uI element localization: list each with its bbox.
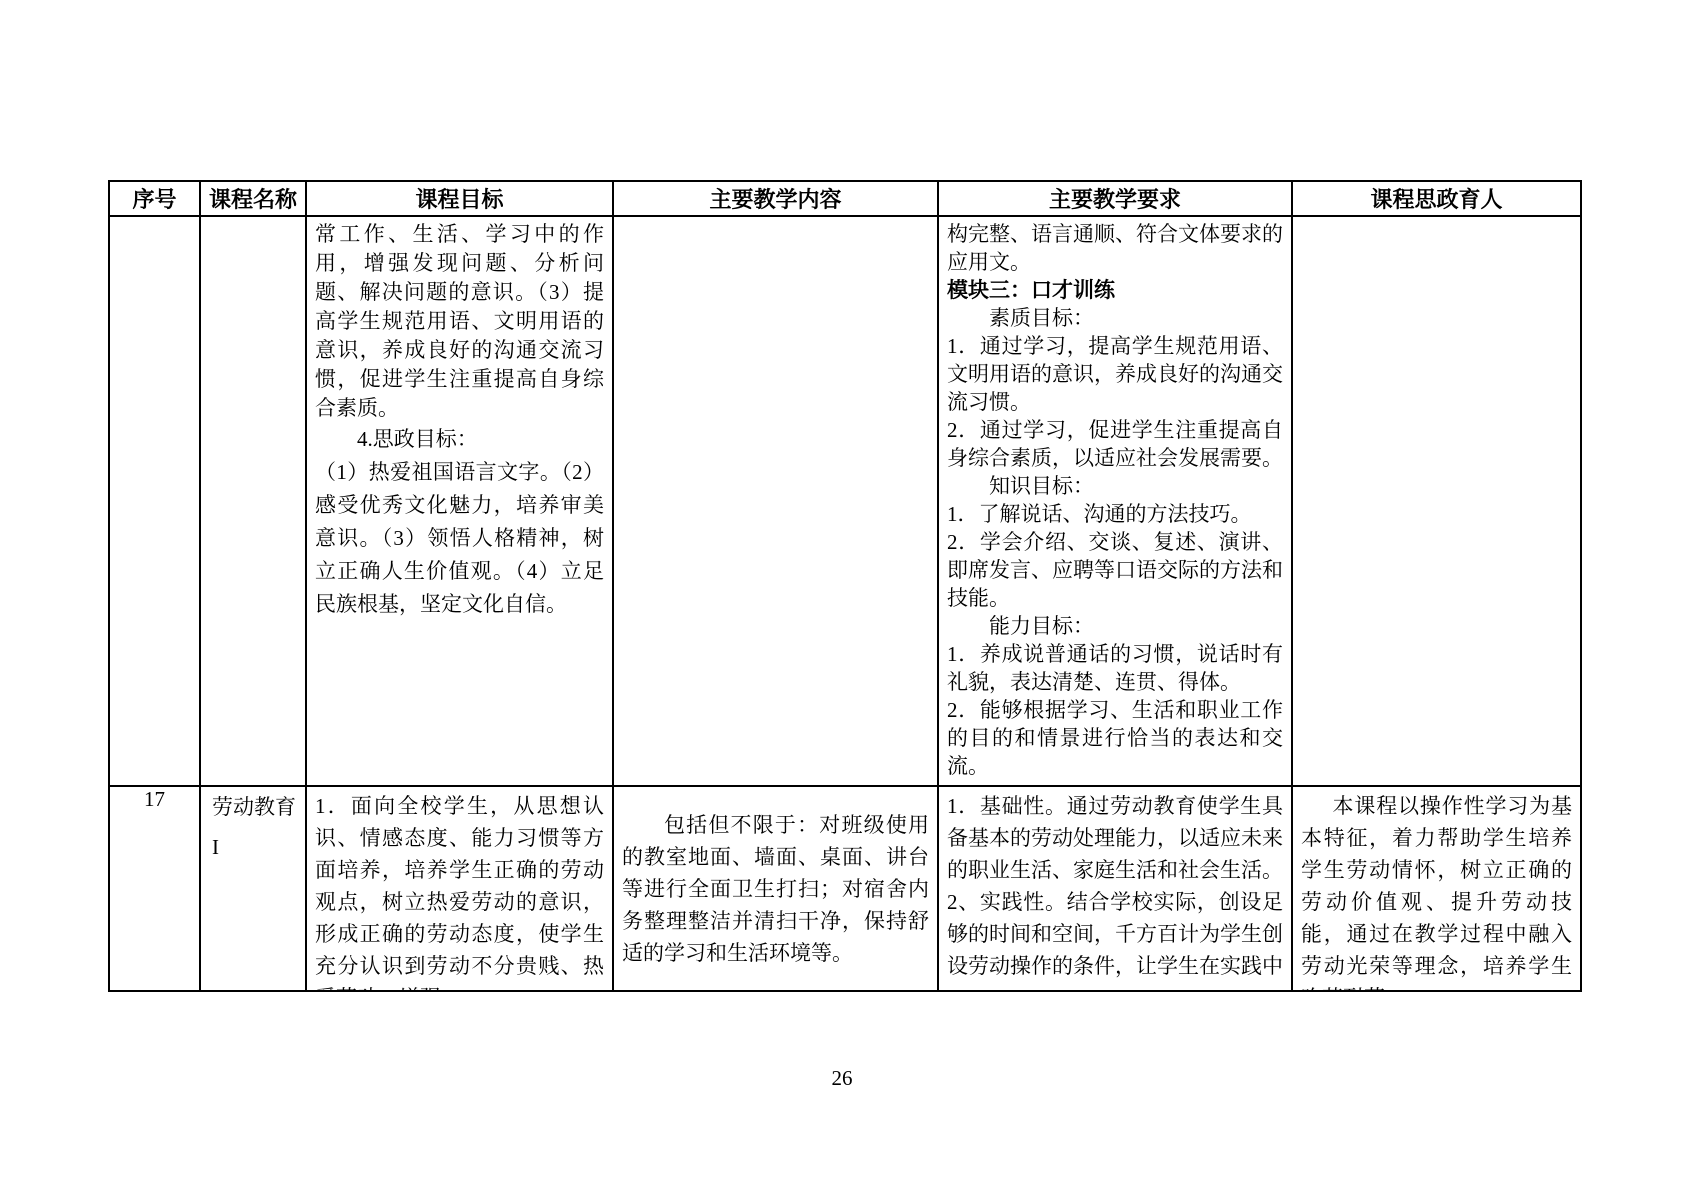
ability-goal-item: 1．养成说普通话的习惯，说话时有礼貌，表达清楚、连贯、得体。 — [947, 640, 1283, 696]
cell-ideology-17: 本课程以操作性学习为基本特征，着力帮助学生培养学生劳动情怀，树立正确的劳动价值观… — [1292, 786, 1581, 991]
col-header-seq: 序号 — [109, 181, 200, 216]
quality-goals-label: 素质目标： — [947, 304, 1283, 332]
course-name: 劳动教育I — [212, 787, 297, 867]
ideology-paragraph: 本课程以操作性学习为基本特征，着力帮助学生培养学生劳动情怀，树立正确的劳动价值观… — [1301, 790, 1572, 990]
ability-goal-item: 2．能够根据学习、生活和职业工作的目的和情景进行恰当的表达和交流。 — [947, 696, 1283, 780]
knowledge-goal-item: 2．学会介绍、交谈、复述、演讲、即席发言、应聘等口语交际的方法和技能。 — [947, 528, 1283, 612]
module-heading: 模块三：口才训练 — [947, 276, 1283, 304]
table-row-17: 17 劳动教育I 1．面向全校学生，从思想认识、情感态度、能力习惯等方面培养，培… — [109, 786, 1581, 991]
col-header-content: 主要教学内容 — [613, 181, 938, 216]
cell-seq-empty — [109, 216, 200, 786]
knowledge-goals-label: 知识目标： — [947, 472, 1283, 500]
cell-course-name-empty — [200, 216, 306, 786]
col-header-objectives: 课程目标 — [306, 181, 613, 216]
requirements-paragraph: 1．基础性。通过劳动教育使学生具备基本的劳动处理能力，以适应未来的职业生活、家庭… — [947, 790, 1283, 886]
objectives-paragraph: 1．面向全校学生，从思想认识、情感态度、能力习惯等方面培养，培养学生正确的劳动观… — [315, 790, 604, 990]
cell-objectives-cont: 常工作、生活、学习中的作用，增强发现问题、分析问题、解决问题的意识。（3）提高学… — [306, 216, 613, 786]
quality-goal-item: 1．通过学习，提高学生规范用语、文明用语的意识，养成良好的沟通交流习惯。 — [947, 332, 1283, 416]
requirements-paragraph: 2、实践性。结合学校实际，创设足够的时间和空间，千方百计为学生创设劳动操作的条件… — [947, 886, 1283, 982]
cell-requirements-17: 1．基础性。通过劳动教育使学生具备基本的劳动处理能力，以适应未来的职业生活、家庭… — [938, 786, 1292, 991]
table-header-row: 序号 课程名称 课程目标 主要教学内容 主要教学要求 课程思政育人 — [109, 181, 1581, 216]
requirements-paragraph: 构完整、语言通顺、符合文体要求的应用文。 — [947, 220, 1283, 276]
quality-goal-item: 2．通过学习，促进学生注重提高自身综合素质，以适应社会发展需要。 — [947, 416, 1283, 472]
objectives-paragraph: （1）热爱祖国语言文字。（2）感受优秀文化魅力，培养审美意识。（3）领悟人格精神… — [315, 456, 604, 621]
objectives-paragraph: 常工作、生活、学习中的作用，增强发现问题、分析问题、解决问题的意识。（3）提高学… — [315, 220, 604, 423]
cell-objectives-17: 1．面向全校学生，从思想认识、情感态度、能力习惯等方面培养，培养学生正确的劳动观… — [306, 786, 613, 991]
col-header-requirements: 主要教学要求 — [938, 181, 1292, 216]
col-header-ideology: 课程思政育人 — [1292, 181, 1581, 216]
objectives-subheading: 4.思政目标： — [315, 423, 604, 456]
cell-course-name-17: 劳动教育I — [200, 786, 306, 991]
cell-ideology-empty — [1292, 216, 1581, 786]
course-table: 序号 课程名称 课程目标 主要教学内容 主要教学要求 课程思政育人 常工作、生活… — [108, 180, 1582, 992]
content-paragraph: 包括但不限于：对班级使用的教室地面、墙面、桌面、讲台等进行全面卫生打扫；对宿舍内… — [622, 809, 929, 969]
cell-requirements-cont: 构完整、语言通顺、符合文体要求的应用文。 模块三：口才训练 素质目标： 1．通过… — [938, 216, 1292, 786]
col-header-course-name: 课程名称 — [200, 181, 306, 216]
page-number: 26 — [0, 1066, 1684, 1091]
document-page: 序号 课程名称 课程目标 主要教学内容 主要教学要求 课程思政育人 常工作、生活… — [0, 0, 1684, 1191]
ability-goals-label: 能力目标： — [947, 612, 1283, 640]
cell-content-empty — [613, 216, 938, 786]
knowledge-goal-item: 1．了解说话、沟通的方法技巧。 — [947, 500, 1283, 528]
table-row-continuation: 常工作、生活、学习中的作用，增强发现问题、分析问题、解决问题的意识。（3）提高学… — [109, 216, 1581, 786]
cell-content-17: 包括但不限于：对班级使用的教室地面、墙面、桌面、讲台等进行全面卫生打扫；对宿舍内… — [613, 786, 938, 991]
cell-seq-17: 17 — [109, 786, 200, 991]
